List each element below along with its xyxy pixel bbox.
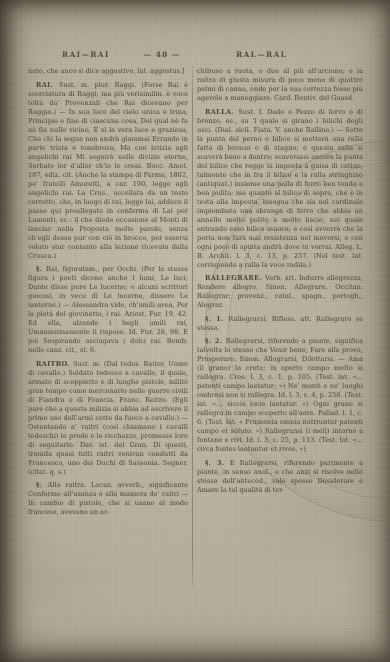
entry-headword: RALLA. [205, 108, 238, 116]
continuation-paragraph: nato, che anco si dice aggestivo, lat. a… [28, 67, 188, 76]
section-rallegrarsi-3: §. 3.E Rallegrarsi, riferendo parimente … [197, 459, 363, 495]
paragraph-text: chibuso a ruota, o due al più all'arcion… [197, 67, 363, 102]
paragraph-text: Alla raitra. Locuz. avverb., significant… [28, 481, 188, 516]
section-rallegrarsi-1: §. 1.Rallegrarsi. Rifless. att. Rallegra… [197, 315, 363, 333]
paragraph-text: Sust. m. plur. Raggi. (Forse Rai è scorc… [28, 81, 188, 260]
entry-headword: RAITRO. [36, 360, 73, 368]
paragraph-text: Rai, figuratam., per Occhi. (Per la stes… [28, 265, 188, 354]
entry-ralla: RALLA.Sust. f. Dado o Pezzo di ferro o d… [197, 108, 363, 270]
section-alla-raitra: §.Alla raitra. Locuz. avverb., significa… [28, 481, 188, 517]
page-header: RAI—RAI — 48 — RAL—RAL [0, 50, 390, 62]
entry-rallegrare: RALLEGRARE.Verb. att. Indurre allegrezza… [197, 274, 363, 310]
continuation-paragraph: chibuso a ruota, o due al più all'arcion… [197, 67, 363, 103]
paragraph-text: Sust. m. (Dal tedes. Reiter, Uomo di cav… [28, 360, 188, 476]
paragraph-text: Sust. f. Dado o Pezzo di ferro o di bron… [197, 108, 363, 269]
scanned-book-page: RAI—RAI — 48 — RAL—RAL nato, che anco si… [0, 0, 390, 662]
section-rallegrarsi-2: §. 2.Rallegrarsi, riferendo a piante, si… [197, 337, 363, 454]
column-divider [192, 66, 193, 588]
section-mark: §. 1. [205, 315, 228, 323]
section-mark: §. [36, 481, 48, 489]
section-mark: §. 2. [205, 337, 226, 345]
entry-raitro: RAITRO.Sust. m. (Dal tedes. Reiter, Uomo… [28, 360, 188, 477]
section-mark: §. [36, 265, 46, 273]
paragraph-text: nato, che anco si dice aggestivo, lat. a… [28, 67, 185, 75]
running-head-left: RAI—RAI [62, 50, 110, 59]
paragraph-text: Rallegrarsi, riferendo a piante, signifi… [197, 337, 363, 453]
page-number: — 48 — [138, 50, 186, 59]
entry-headword: RALLEGRARE. [205, 274, 265, 282]
section-rai-occhi: §.Rai, figuratam., per Occhi. (Per la st… [28, 265, 188, 355]
section-mark: §. 3. [205, 459, 230, 467]
left-column: nato, che anco si dice aggestivo, lat. a… [28, 67, 188, 517]
entry-rai: RAI.Sust. m. plur. Raggi. (Forse Rai è s… [28, 81, 188, 261]
running-head-right: RAL—RAL [236, 50, 287, 59]
right-column: chibuso a ruota, o due al più all'arcion… [197, 67, 363, 495]
entry-headword: RAI. [36, 81, 59, 89]
